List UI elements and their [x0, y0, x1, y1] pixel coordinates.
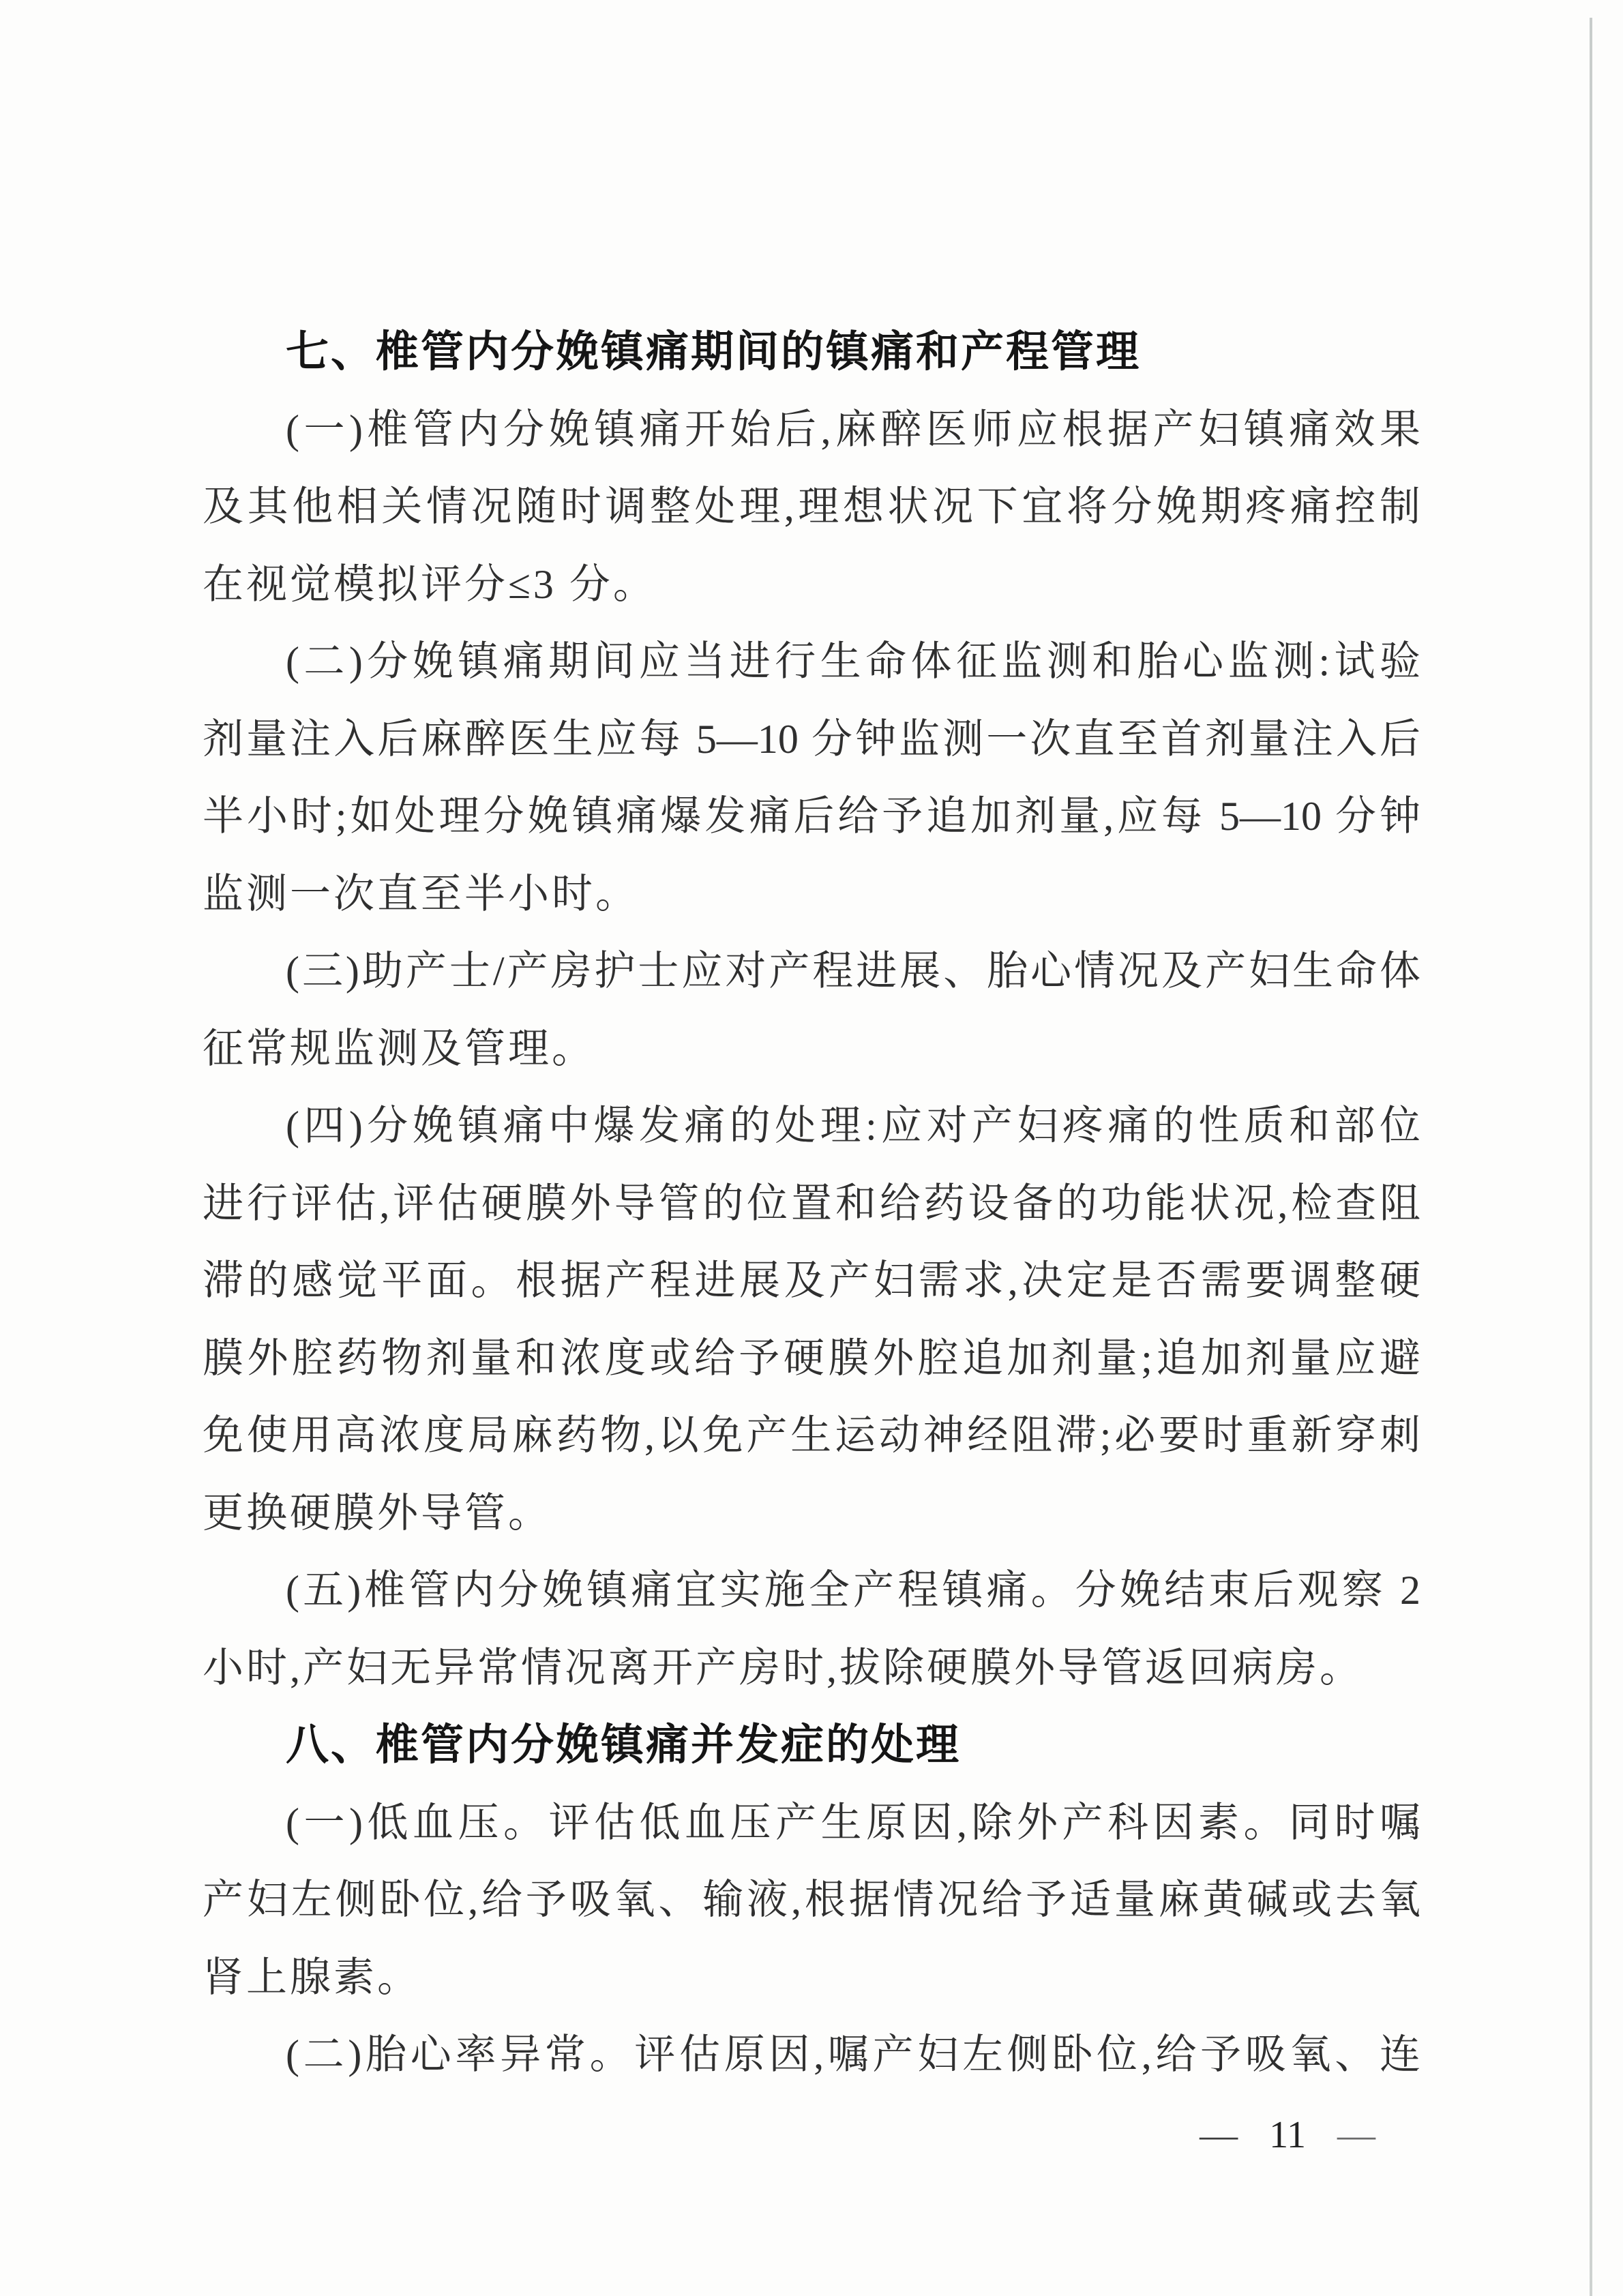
- paragraph-line: 产妇左侧卧位,给予吸氧、输液,根据情况给予适量麻黄碱或去氧: [203, 1862, 1420, 1939]
- scan-edge-artifact: [1590, 18, 1592, 2296]
- paragraph-line: 膜外腔药物剂量和浓度或给予硬膜外腔追加剂量;追加剂量应避: [203, 1320, 1420, 1398]
- paragraph-line: (一)低血压。评估低血压产生原因,除外产科因素。同时嘱: [203, 1785, 1420, 1862]
- paragraph-line: 半小时;如处理分娩镇痛爆发痛后给予追加剂量,应每 5—10 分钟: [203, 778, 1420, 856]
- paragraph-line: 小时,产妇无异常情况离开产房时,拔除硬膜外导管返回病房。: [203, 1630, 1420, 1708]
- paragraph-line: 进行评估,评估硬膜外导管的位置和给药设备的功能状况,检查阻: [203, 1165, 1420, 1243]
- page-number-dash-right: —: [1337, 2113, 1375, 2157]
- paragraph-line: (二)胎心率异常。评估原因,嘱产妇左侧卧位,给予吸氧、连: [203, 2016, 1420, 2094]
- paragraph-line: 及其他相关情况随时调整处理,理想状况下宜将分娩期疼痛控制: [203, 468, 1420, 546]
- page-number-value: 11: [1269, 2113, 1306, 2157]
- paragraph-line: (三)助产士/产房护士应对产程进展、胎心情况及产妇生命体: [203, 933, 1420, 1011]
- paragraph-line: 免使用高浓度局麻药物,以免产生运动神经阻滞;必要时重新穿刺: [203, 1397, 1420, 1475]
- page-number: — 11 —: [1200, 2096, 1375, 2173]
- paragraph-line: (四)分娩镇痛中爆发痛的处理:应对产妇疼痛的性质和部位: [203, 1088, 1420, 1165]
- section-heading-8: 八、椎管内分娩镇痛并发症的处理: [203, 1707, 1420, 1785]
- paragraph-line: 更换硬膜外导管。: [203, 1475, 1420, 1553]
- paragraph-line: 征常规监测及管理。: [203, 1011, 1420, 1088]
- paragraph-line: (五)椎管内分娩镇痛宜实施全产程镇痛。分娩结束后观察 2: [203, 1552, 1420, 1630]
- paragraph-line: 肾上腺素。: [203, 1939, 1420, 2017]
- scanned-document-page: 七、椎管内分娩镇痛期间的镇痛和产程管理 (一)椎管内分娩镇痛开始后,麻醉医师应根…: [0, 0, 1623, 2296]
- paragraph-line: 在视觉模拟评分≤3 分。: [203, 546, 1420, 624]
- paragraph-line: 监测一次直至半小时。: [203, 856, 1420, 934]
- paragraph-line: (二)分娩镇痛期间应当进行生命体征监测和胎心监测:试验: [203, 623, 1420, 701]
- page-number-dash-left: —: [1200, 2113, 1238, 2157]
- paragraph-line: (一)椎管内分娩镇痛开始后,麻醉医师应根据产妇镇痛效果: [203, 391, 1420, 469]
- document-content: 七、椎管内分娩镇痛期间的镇痛和产程管理 (一)椎管内分娩镇痛开始后,麻醉医师应根…: [203, 314, 1420, 2094]
- paragraph-line: 滞的感觉平面。根据产程进展及产妇需求,决定是否需要调整硬: [203, 1242, 1420, 1320]
- section-heading-7: 七、椎管内分娩镇痛期间的镇痛和产程管理: [203, 314, 1420, 391]
- paragraph-line: 剂量注入后麻醉医生应每 5—10 分钟监测一次直至首剂量注入后: [203, 701, 1420, 779]
